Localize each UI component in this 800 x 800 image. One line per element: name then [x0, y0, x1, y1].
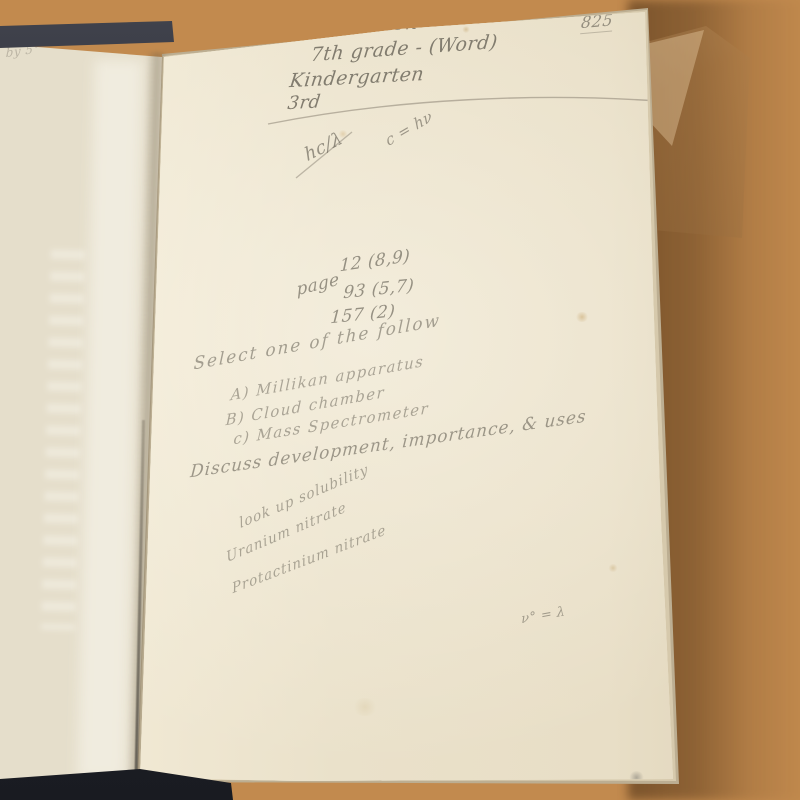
- book-photo: by 5° Observation 7th grade - (Word) Kin…: [0, 0, 800, 800]
- handwritten-3rd: 3rd: [286, 91, 322, 114]
- handwritten-page-ref-1: 12 (8,9): [339, 246, 410, 276]
- foxing-stain: [462, 26, 470, 33]
- foxing-stain: [352, 698, 378, 716]
- handwritten-protactinium-nitrate: Protactinium nitrate: [231, 522, 387, 597]
- handwritten-bottom-formula: ν° = λ: [521, 604, 566, 627]
- handwritten-page-label: page: [296, 269, 340, 300]
- foxing-stain: [608, 564, 618, 572]
- left-page-ghost-text: [41, 250, 85, 631]
- foxing-stain: [575, 312, 589, 322]
- handwritten-formula-c-hv: c = hν: [383, 107, 435, 150]
- handwritten-page-ref-2: 93 (5,7): [343, 276, 415, 304]
- handwritten-formula-hc-lambda: hc/λ: [302, 127, 346, 166]
- handwritten-kindergarten: Kindergarten: [288, 63, 425, 92]
